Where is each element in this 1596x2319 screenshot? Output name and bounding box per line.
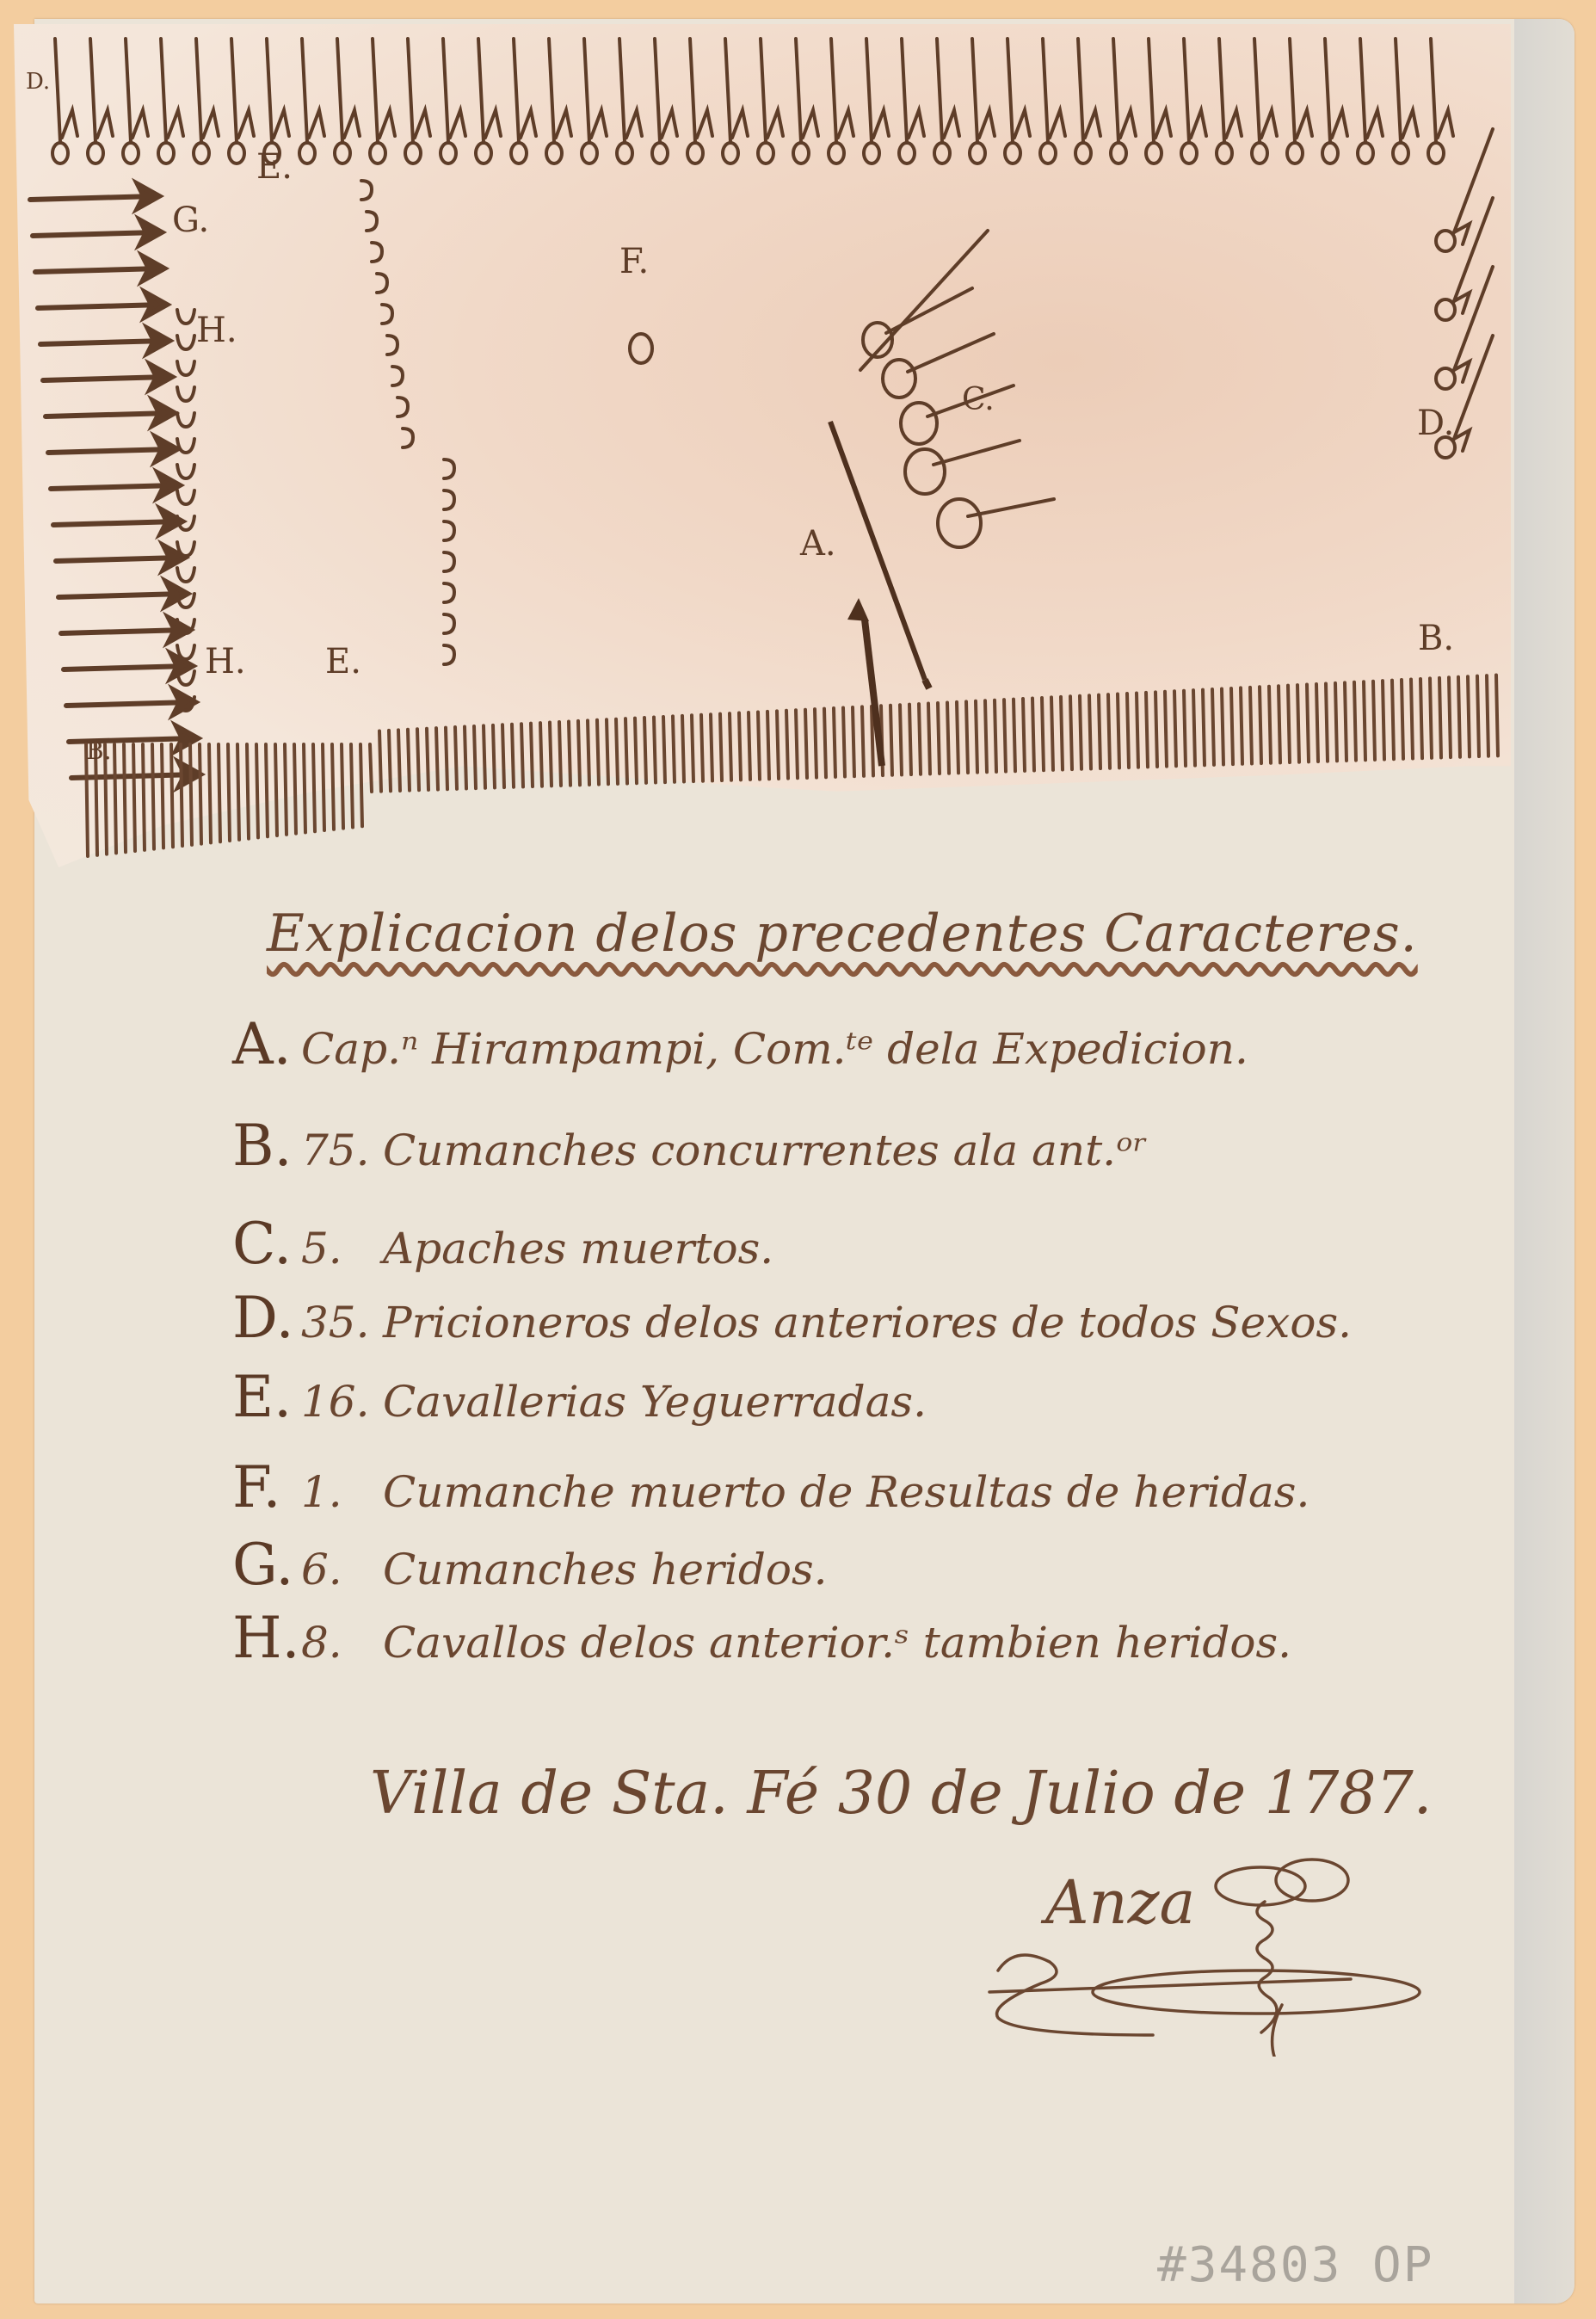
legend-count: 75. (301, 1126, 383, 1175)
legend-desc: Cumanche muerto de Resultas de heridas. (383, 1467, 1309, 1517)
diagram-label: E. (325, 645, 361, 679)
place-and-date: Villa de Sta. Fé 30 de Julio de 1787. (370, 1760, 1432, 1828)
battle-diagram (0, 0, 1596, 878)
legend-key: H. (232, 1605, 301, 1671)
legend-count: 16. (301, 1377, 383, 1427)
legend-key: B. (232, 1113, 301, 1179)
legend-item-d: D. 35. Pricioneros delos anteriores de t… (232, 1285, 1352, 1351)
diagram-label: D. (1417, 406, 1454, 441)
legend-count: 6. (301, 1545, 383, 1594)
legend-count: 5. (301, 1224, 383, 1274)
signature: Anza (972, 1833, 1488, 2057)
legend-item-f: F. 1. Cumanche muerto de Resultas de her… (232, 1454, 1309, 1520)
legend-item-g: G. 6. Cumanches heridos. (232, 1532, 828, 1598)
legend-count: 8. (301, 1618, 383, 1668)
diagram-label: A. (800, 527, 836, 561)
legend-count: 1. (301, 1467, 383, 1517)
signature-flourish-icon (972, 1833, 1488, 2057)
legend-item-a: A. Cap.ⁿ Hirampampi, Com.ᵗᵉ dela Expedic… (232, 1011, 1248, 1077)
legend-item-e: E. 16. Cavallerias Yeguerradas. (232, 1364, 927, 1430)
diagram-label: F. (619, 244, 649, 279)
legend-key: C. (232, 1211, 301, 1277)
legend-desc: Cavallerias Yeguerradas. (383, 1377, 927, 1427)
legend-desc: Apaches muertos. (383, 1224, 773, 1274)
diagram-label: H. (205, 645, 246, 679)
legend-desc: Pricioneros delos anteriores de todos Se… (383, 1298, 1352, 1348)
legend-desc: Cap.ⁿ Hirampampi, Com.ᵗᵉ dela Expedicion… (301, 1024, 1248, 1074)
diagram-label: G. (172, 203, 209, 237)
diagram-label: B. (1418, 621, 1454, 656)
diagram-label: D. (26, 71, 50, 93)
legend-desc: Cumanches concurrentes ala ant.ᵒʳ (383, 1126, 1148, 1175)
catalog-number: #34803 OP (1157, 2237, 1433, 2293)
legend-item-c: C. 5. Apaches muertos. (232, 1211, 773, 1277)
signature-name: Anza (1045, 1867, 1195, 1938)
diagram-label: H. (196, 313, 237, 348)
legend-key: E. (232, 1364, 301, 1430)
legend-key: D. (232, 1285, 301, 1351)
legend-count: 35. (301, 1298, 383, 1348)
diagram-label: C. (962, 385, 995, 416)
legend-key: G. (232, 1532, 301, 1598)
legend-desc: Cavallos delos anterior.ˢ tambien herido… (383, 1618, 1291, 1668)
legend-key: F. (232, 1454, 301, 1520)
legend-item-h: H. 8. Cavallos delos anterior.ˢ tambien … (232, 1605, 1291, 1671)
diagram-label: E. (256, 150, 293, 184)
legend-key: A. (232, 1011, 301, 1077)
legend-desc: Cumanches heridos. (383, 1545, 828, 1594)
diagram-label: B. (86, 739, 111, 763)
legend-item-b: B. 75. Cumanches concurrentes ala ant.ᵒʳ (232, 1113, 1148, 1179)
legend-title: Explicacion delos precedentes Caracteres… (267, 904, 1418, 964)
